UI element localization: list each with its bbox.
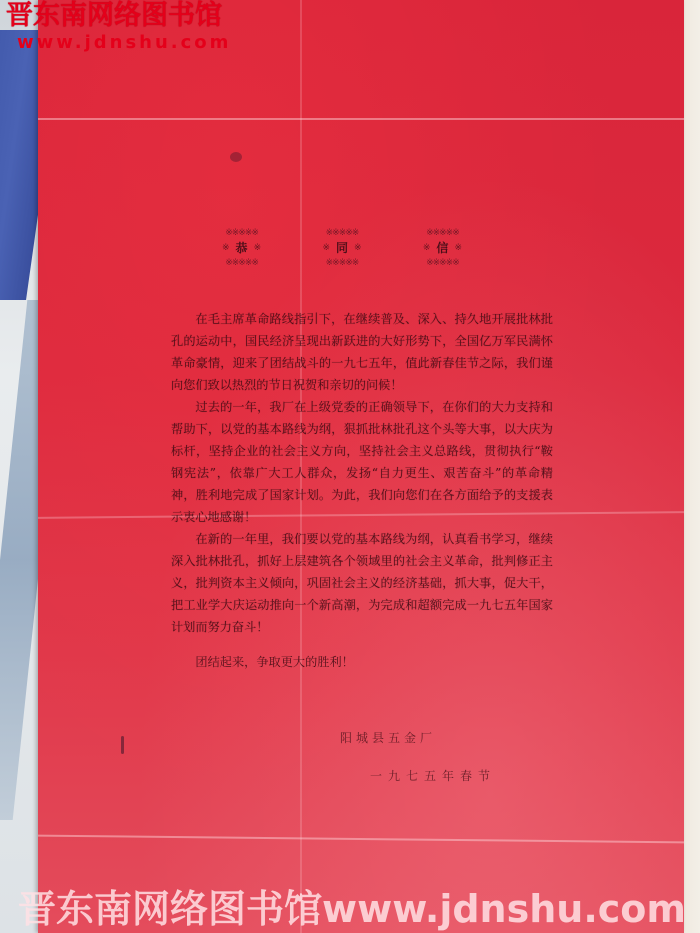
star-ornament-icon: ※ (354, 241, 362, 255)
watermark-url: www.jdnshu.com (17, 32, 231, 54)
paragraph: 过去的一年，我厂在上级党委的正确领导下，在你们的大力支持和帮助下，以党的基本路线… (171, 396, 553, 528)
title-column: ※※※※※ ※ 恭 ※ ※※※※※ (222, 227, 261, 269)
star-ornament-icon: ※ (454, 241, 462, 255)
star-ornament-icon: ※ (322, 241, 330, 255)
decorative-border: ※※※※※ (426, 227, 459, 239)
title-char: 恭 (236, 241, 248, 255)
stain-mark (230, 152, 242, 162)
title-column: ※※※※※ ※ 同 ※ ※※※※※ (322, 227, 361, 269)
title-column: ※※※※※ ※ 信 ※ ※※※※※ (423, 227, 462, 269)
decorative-border: ※※※※※ (426, 257, 459, 269)
background-edge (682, 0, 700, 933)
pen-mark (121, 736, 124, 754)
watermark-library-name: 晋东南网络图书馆 (6, 0, 222, 32)
signature: 阳城县五金厂 (340, 729, 436, 746)
fold-crease (38, 835, 684, 844)
title-char: 同 (336, 241, 348, 255)
star-ornament-icon: ※ (222, 241, 230, 255)
title-char: 信 (436, 241, 448, 255)
decorative-border: ※※※※※ (225, 257, 258, 269)
star-ornament-icon: ※ (423, 241, 431, 255)
decorative-border: ※※※※※ (225, 227, 258, 239)
paragraph: 在毛主席革命路线指引下，在继续普及、深入、持久地开展批林批孔的运动中，国民经济呈… (171, 308, 553, 396)
letter-body: 在毛主席革命路线指引下，在继续普及、深入、持久地开展批林批孔的运动中，国民经济呈… (171, 308, 553, 638)
letter-title: ※※※※※ ※ 恭 ※ ※※※※※ ※※※※※ ※ 同 ※ ※※※※※ ※※※※… (222, 227, 462, 269)
watermark-bottom: 晋东南网络图书馆www.jdnshu.com (18, 888, 686, 930)
decorative-border: ※※※※※ (326, 257, 359, 269)
decorative-border: ※※※※※ (326, 227, 359, 239)
date: 一九七五年春节 (370, 767, 496, 784)
closing-slogan: 团结起来，争取更大的胜利！ (171, 653, 553, 670)
fold-crease (38, 118, 684, 120)
star-ornament-icon: ※ (254, 241, 262, 255)
paragraph: 在新的一年里，我们要以党的基本路线为纲，认真看书学习，继续深入批林批孔，抓好上层… (171, 528, 553, 638)
